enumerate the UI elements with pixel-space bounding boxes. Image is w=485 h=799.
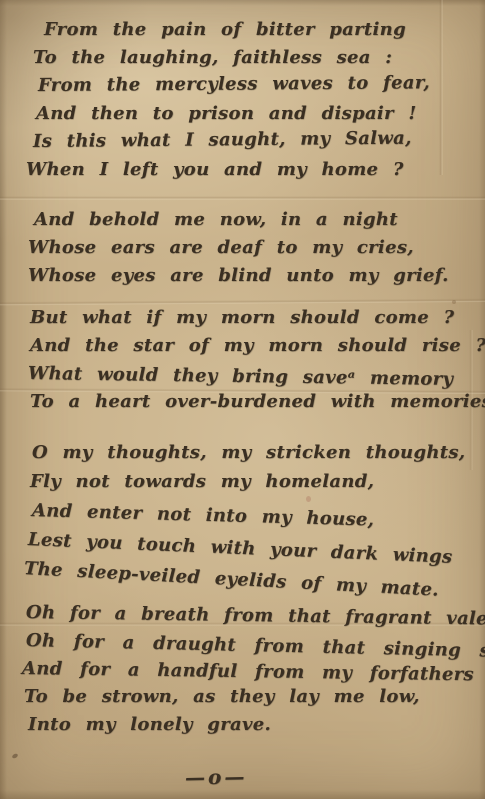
poem-line: And behold me now, in a night bbox=[34, 206, 485, 234]
poem-line: From the mercyless waves to fear, bbox=[38, 69, 485, 100]
poem-line: Into my lonely grave. bbox=[28, 711, 485, 739]
poem-line: Whose ears are deaf to my cries, bbox=[28, 234, 485, 262]
stanza-1: From the pain of bitter parting To the l… bbox=[0, 16, 485, 184]
poem-line: But what if my morn should come ? bbox=[30, 304, 485, 332]
stanza-4: O my thoughts, my stricken thoughts, Fly… bbox=[0, 438, 485, 583]
poem-line: Whose eyes are blind unto my grief. bbox=[28, 262, 485, 290]
poem-line: Is this what I saught, my Salwa, bbox=[33, 124, 485, 156]
poem-line: And the star of my morn should rise ? bbox=[30, 332, 485, 360]
poem-line: Fly not towards my homeland, bbox=[30, 467, 485, 496]
poem-line: From the pain of bitter parting bbox=[44, 16, 485, 44]
end-mark: —o— bbox=[185, 764, 248, 789]
stanza-3: But what if my morn should come ? And th… bbox=[0, 304, 485, 416]
stanza-5: Oh for a breath from that fragrant vale,… bbox=[0, 599, 485, 739]
poem-line: O my thoughts, my stricken thoughts, bbox=[32, 438, 485, 467]
manuscript-page: From the pain of bitter parting To the l… bbox=[0, 0, 485, 799]
poem-line: When I left you and my home ? bbox=[26, 156, 485, 184]
stanza-2: And behold me now, in a night Whose ears… bbox=[0, 206, 485, 290]
poem-line: To the laughing, faithless sea : bbox=[33, 44, 485, 72]
poem: From the pain of bitter parting To the l… bbox=[0, 16, 485, 789]
